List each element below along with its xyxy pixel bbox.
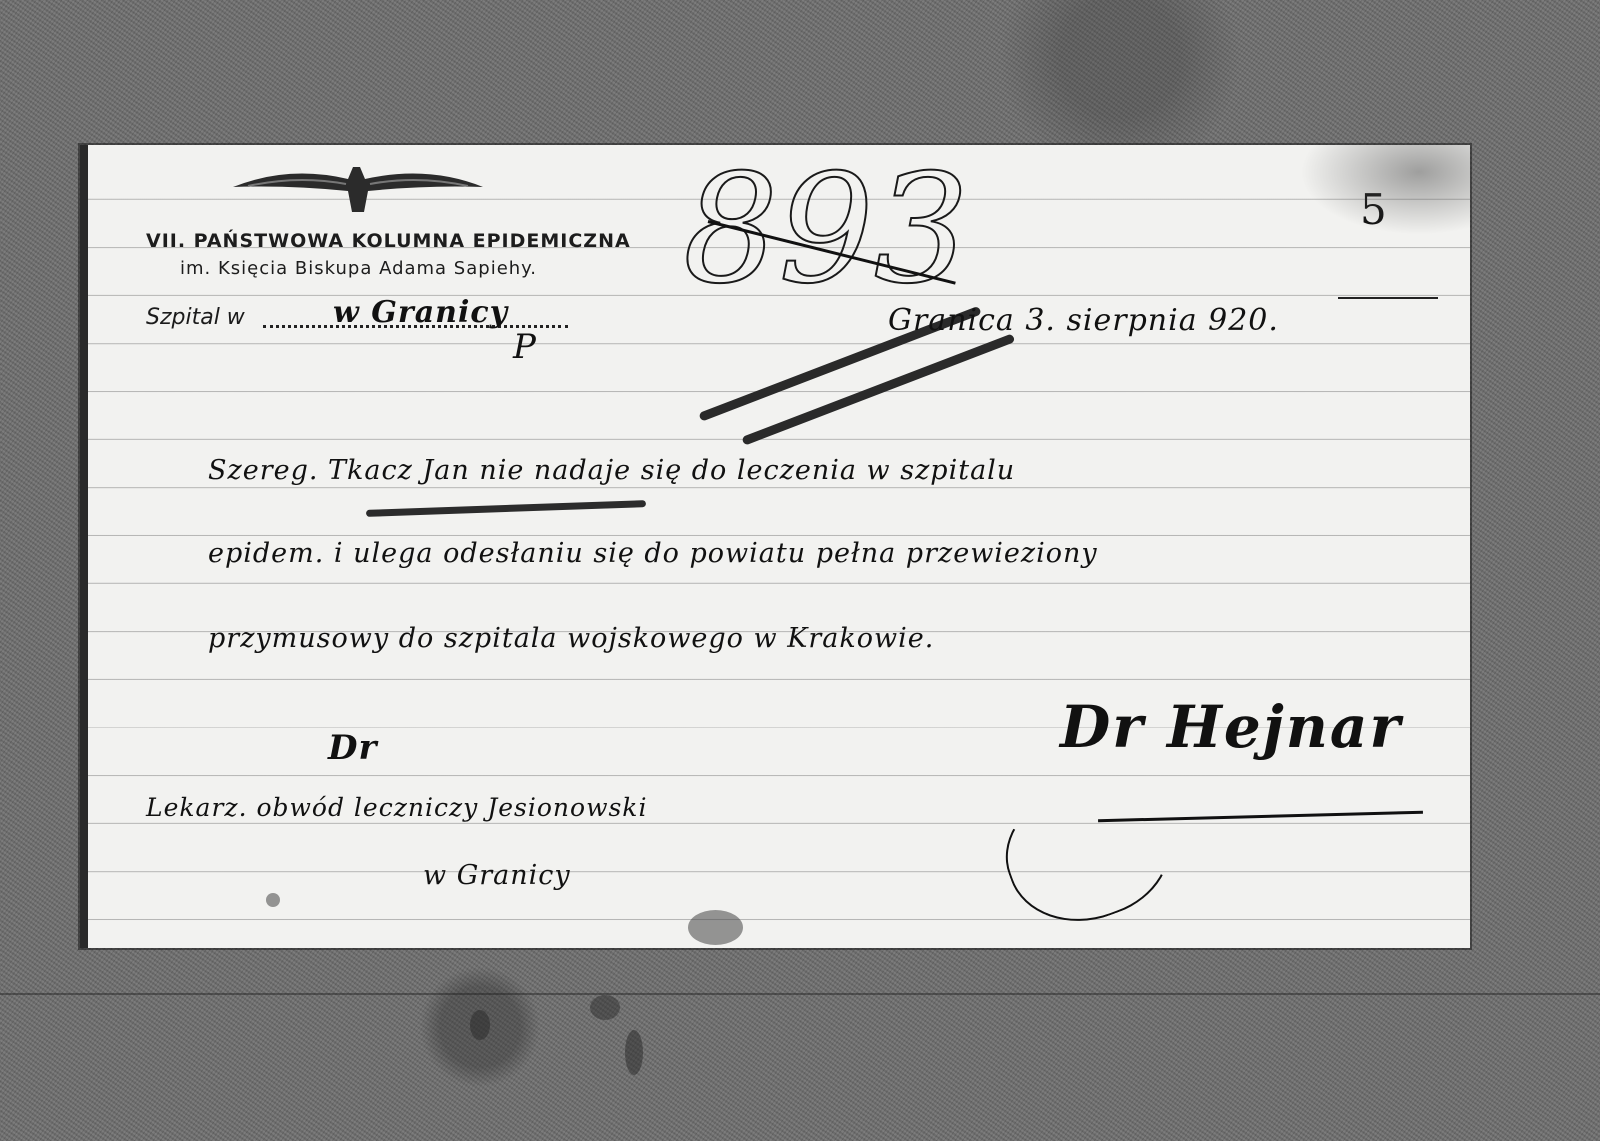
page-number: 5 xyxy=(1360,185,1388,234)
ink-stain xyxy=(266,893,280,907)
background-stain xyxy=(590,995,620,1020)
date-rule xyxy=(1338,297,1438,299)
hospital-place-handwritten: w Granicy xyxy=(333,295,508,330)
footer-line-2: w Granicy xyxy=(423,860,571,891)
name-underline xyxy=(366,500,646,517)
signature-flourish xyxy=(988,761,1188,943)
document-card: VII. PAŃSTWOWA KOLUMNA EPIDEMICZNA im. K… xyxy=(80,145,1470,948)
initials: Dr xyxy=(328,728,377,768)
ink-stain xyxy=(688,910,743,945)
body-line-2: epidem. i ulega odesłaniu się do powiatu… xyxy=(208,538,1098,569)
signature: Dr Hejnar xyxy=(1060,693,1402,761)
background-stain xyxy=(625,1030,643,1075)
hospital-label: Szpital w xyxy=(146,305,245,330)
body-line-3: przymusowy do szpitala wojskowego w Krak… xyxy=(208,623,934,654)
organization-patron: im. Księcia Biskupa Adama Sapiehy. xyxy=(180,258,537,279)
organization-name: VII. PAŃSTWOWA KOLUMNA EPIDEMICZNA xyxy=(146,230,631,252)
eagle-emblem-icon xyxy=(228,157,488,217)
handwritten-mark: P xyxy=(513,327,537,367)
reference-number: 893 xyxy=(683,155,969,305)
footer-line-1: Lekarz. obwód leczniczy Jesionowski xyxy=(146,793,647,822)
scan-background-line xyxy=(0,993,1600,995)
place-date-line: Granica 3. sierpnia 920. xyxy=(888,303,1279,338)
background-stain xyxy=(470,1010,490,1040)
body-line-1: Szereg. Tkacz Jan nie nadaje się do lecz… xyxy=(208,455,1015,486)
